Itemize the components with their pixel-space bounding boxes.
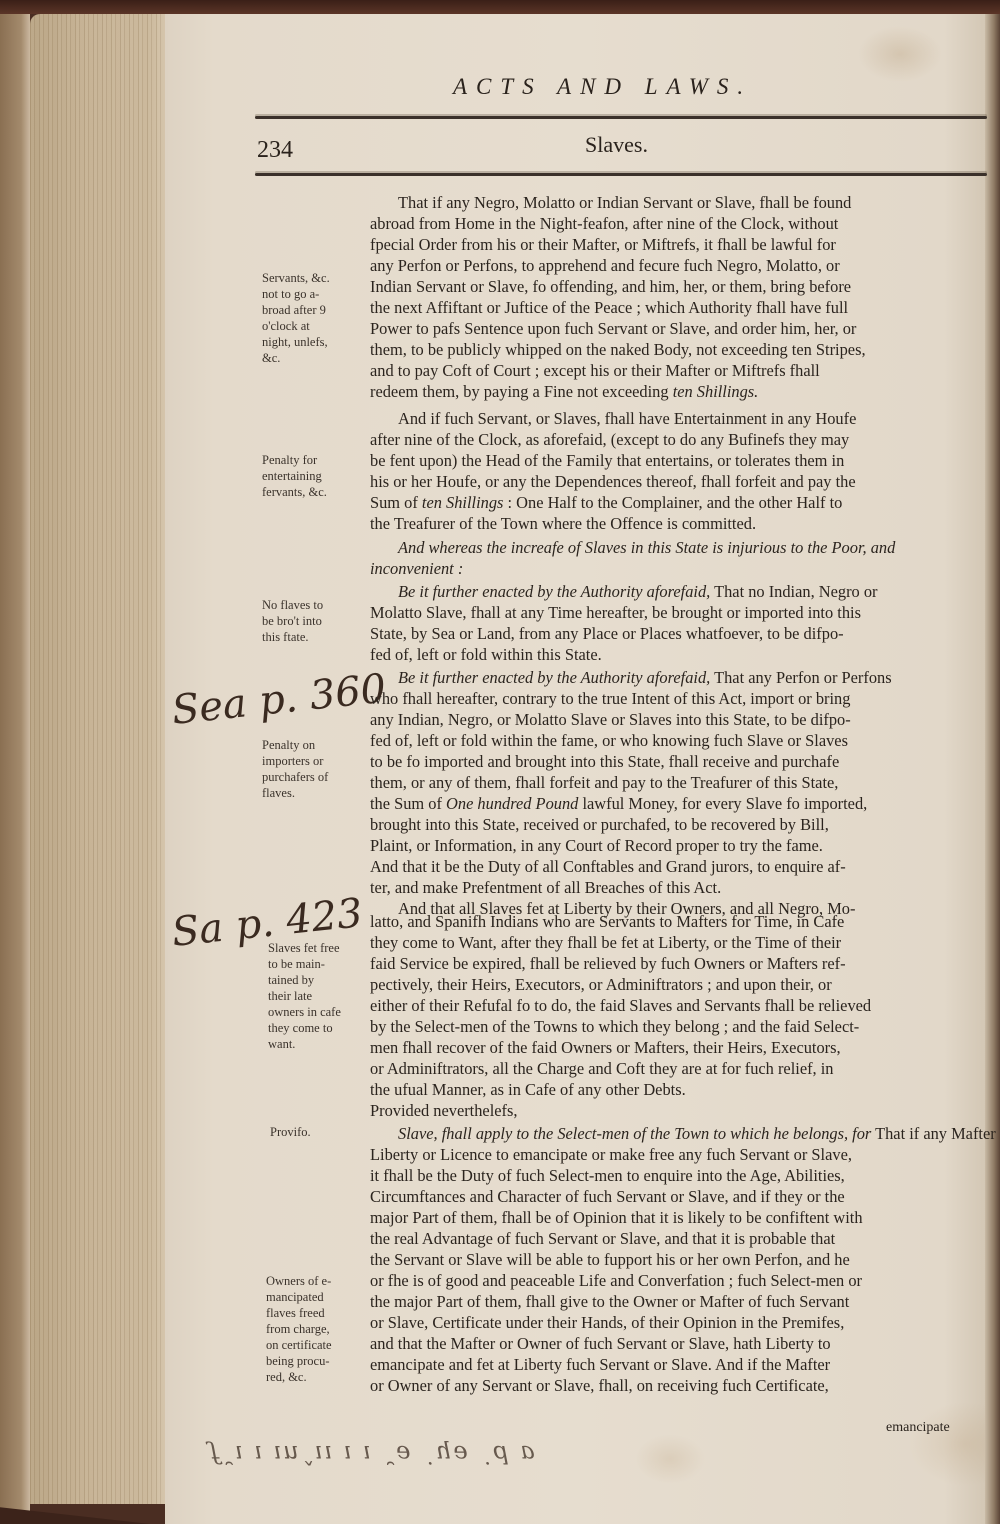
body-line: Slave, fhall apply to the Select-men of … bbox=[398, 1124, 1000, 1143]
margin-note-line: night, unlefs, bbox=[262, 334, 372, 350]
body-line-text: men fhall recover of the faid Owners or … bbox=[370, 1038, 841, 1057]
body-line-text: either of their Refufal fo to do, the fa… bbox=[370, 996, 871, 1015]
body-line-text: fed of, left or fold within the fame, or… bbox=[370, 731, 848, 750]
body-line-text: be fent upon) the Head of the Family tha… bbox=[370, 451, 844, 470]
body-line-text: his or her Houfe, or any the Dependences… bbox=[370, 472, 856, 491]
body-line-text: redeem them, by paying a Fine not exceed… bbox=[370, 382, 673, 401]
margin-note-line: on certificate bbox=[266, 1337, 376, 1353]
body-line-text: who fhall hereafter, contrary to the tru… bbox=[370, 689, 850, 708]
body-line-text: or fhe is of good and peaceable Life and… bbox=[370, 1271, 862, 1290]
margin-note-proviso: Provifo. bbox=[270, 1124, 380, 1140]
body-line: And if fuch Servant, or Slaves, fhall ha… bbox=[398, 409, 856, 428]
margin-note-line: Owners of e- bbox=[266, 1273, 376, 1289]
body-line: any Perfon or Perfons, to apprehend and … bbox=[370, 256, 840, 275]
margin-note-line: purchafers of bbox=[262, 769, 372, 785]
margin-note-line: flaves. bbox=[262, 785, 372, 801]
body-line-text: inconvenient : bbox=[370, 559, 463, 578]
italic-phrase: ten Shillings bbox=[422, 493, 504, 512]
margin-note-line: &c. bbox=[262, 350, 372, 366]
body-line-text: by the Select-men of the Towns to which … bbox=[370, 1017, 859, 1036]
body-line-text: abroad from Home in the Night-feafon, af… bbox=[370, 214, 838, 233]
body-line: inconvenient : bbox=[370, 559, 463, 578]
body-line-text: any Indian, Negro, or Molatto Slave or S… bbox=[370, 710, 851, 729]
body-line: faid Service be expired, fhall be reliev… bbox=[370, 954, 846, 973]
body-line: Be it further enacted by the Authority a… bbox=[398, 582, 878, 601]
body-line-text: any Perfon or Perfons, to apprehend and … bbox=[370, 256, 840, 275]
body-line-text: Be it further enacted by the Authority a… bbox=[398, 582, 710, 601]
margin-note-line: tained by bbox=[268, 972, 378, 988]
margin-note-line: be bro't into bbox=[262, 613, 372, 629]
margin-note-line: Penalty for bbox=[262, 452, 372, 468]
body-line: State, by Sea or Land, from any Place or… bbox=[370, 624, 844, 643]
body-line: Sum of ten Shillings : One Half to the C… bbox=[370, 493, 842, 512]
body-line: And that it be the Duty of all Conftable… bbox=[370, 857, 846, 876]
margin-note-servants-curfew: Servants, &c. not to go a- broad after 9… bbox=[262, 270, 372, 366]
italic-phrase: One hundred Pound bbox=[446, 794, 578, 813]
body-line: the Treafurer of the Town where the Offe… bbox=[370, 514, 756, 533]
body-line-text: the real Advantage of fuch Servant or Sl… bbox=[370, 1229, 835, 1248]
body-line-text: And if fuch Servant, or Slaves, fhall ha… bbox=[398, 409, 856, 428]
body-line: the ufual Manner, as in Cafe of any othe… bbox=[370, 1080, 686, 1099]
body-line-text: That if any Negro, Molatto or Indian Ser… bbox=[398, 193, 851, 212]
body-line: and to pay Coft of Court ; except his or… bbox=[370, 361, 820, 380]
body-line: Liberty or Licence to emancipate or make… bbox=[370, 1145, 852, 1164]
page-stack-edge bbox=[30, 14, 170, 1504]
body-line: it fhall be the Duty of fuch Select-men … bbox=[370, 1166, 845, 1185]
body-line-text: State, by Sea or Land, from any Place or… bbox=[370, 624, 844, 643]
margin-note-freed-maintenance: Slaves fet free to be main- tained by th… bbox=[268, 940, 378, 1052]
body-line: the major Part of them, fhall give to th… bbox=[370, 1292, 849, 1311]
body-line-text: ter, and make Prefentment of all Breache… bbox=[370, 878, 721, 897]
body-line-text: major Part of them, fhall be of Opinion … bbox=[370, 1208, 863, 1227]
margin-note-line: No flaves to bbox=[262, 597, 372, 613]
margin-note-line: o'clock at bbox=[262, 318, 372, 334]
catchword: emancipate bbox=[886, 1420, 950, 1436]
body-line: them, to be publicly whipped on the nake… bbox=[370, 340, 866, 359]
margin-note-line: from charge, bbox=[266, 1321, 376, 1337]
body-line-text: the Sum of bbox=[370, 794, 446, 813]
body-line-text: the ufual Manner, as in Cafe of any othe… bbox=[370, 1080, 686, 1099]
body-line-text: and that the Mafter or Owner of fuch Ser… bbox=[370, 1334, 831, 1353]
body-line-text: after nine of the Clock, as aforefaid, (… bbox=[370, 430, 849, 449]
body-line: fed of, left or fold within the fame, or… bbox=[370, 731, 848, 750]
body-line-text: or Slave, Certificate under their Hands,… bbox=[370, 1313, 844, 1332]
body-line-text: the next Affiftant or Juftice of the Pea… bbox=[370, 298, 848, 317]
body-line: to be fo imported and brought into this … bbox=[370, 752, 839, 771]
body-line-text: Plaint, or Information, in any Court of … bbox=[370, 836, 823, 855]
margin-note-line: being procu- bbox=[266, 1353, 376, 1369]
body-line: fpecial Order from his or their Mafter, … bbox=[370, 235, 836, 254]
handwritten-bottom-scrawl: ƒ˘ı ı ınˆıı ı ı ˘ǝ ˙ɥǝ ˙d ɐ bbox=[210, 1440, 537, 1468]
body-line-text: the Servant or Slave will be able to fup… bbox=[370, 1250, 850, 1269]
body-line-text: fed of, left or fold within this State. bbox=[370, 645, 602, 664]
body-line: latto, and Spanifh Indians who are Serva… bbox=[370, 912, 844, 931]
body-line: emancipate and fet at Liberty fuch Serva… bbox=[370, 1355, 830, 1374]
margin-note-line: want. bbox=[268, 1036, 378, 1052]
body-line: the Sum of One hundred Pound lawful Mone… bbox=[370, 794, 867, 813]
body-line-text: Provided neverthelefs, bbox=[370, 1101, 517, 1120]
body-line-text: the Treafurer of the Town where the Offe… bbox=[370, 514, 756, 533]
body-line-text: them, or any of them, fhall forfeit and … bbox=[370, 773, 838, 792]
body-line: his or her Houfe, or any the Dependences… bbox=[370, 472, 856, 491]
margin-note-no-import: No flaves to be bro't into this ftate. bbox=[262, 597, 372, 645]
body-line-text: fpecial Order from his or their Mafter, … bbox=[370, 235, 836, 254]
running-head: ACTS AND LAWS. bbox=[453, 74, 803, 100]
body-line: And whereas the increafe of Slaves in th… bbox=[398, 538, 895, 557]
body-line-text: emancipate and fet at Liberty fuch Serva… bbox=[370, 1355, 830, 1374]
body-line: or fhe is of good and peaceable Life and… bbox=[370, 1271, 862, 1290]
body-line: major Part of them, fhall be of Opinion … bbox=[370, 1208, 863, 1227]
body-line: pectively, their Heirs, Executors, or Ad… bbox=[370, 975, 832, 994]
body-line-text: lawful Money, for every Slave fo importe… bbox=[578, 794, 867, 813]
body-line-text: That any Perfon or Perfons bbox=[710, 668, 891, 687]
body-line: Plaint, or Information, in any Court of … bbox=[370, 836, 823, 855]
body-line: who fhall hereafter, contrary to the tru… bbox=[370, 689, 850, 708]
body-line-text: And that it be the Duty of all Conftable… bbox=[370, 857, 846, 876]
body-line: any Indian, Negro, or Molatto Slave or S… bbox=[370, 710, 851, 729]
margin-note-line: flaves freed bbox=[266, 1305, 376, 1321]
margin-note-entertaining-penalty: Penalty for entertaining fervants, &c. bbox=[262, 452, 372, 500]
body-line: after nine of the Clock, as aforefaid, (… bbox=[370, 430, 849, 449]
margin-note-line: they come to bbox=[268, 1020, 378, 1036]
body-line-text: they come to Want, after they fhall be f… bbox=[370, 933, 841, 952]
body-line-text: pectively, their Heirs, Executors, or Ad… bbox=[370, 975, 832, 994]
margin-note-line: owners in cafe bbox=[268, 1004, 378, 1020]
book-cover-edge bbox=[0, 14, 30, 1524]
body-line: the next Affiftant or Juftice of the Pea… bbox=[370, 298, 848, 317]
page-gutter-right bbox=[985, 14, 1000, 1524]
body-line: Indian Servant or Slave, fo offending, a… bbox=[370, 277, 851, 296]
margin-note-line: Provifo. bbox=[270, 1124, 380, 1140]
body-line-text: Circumftances and Character of fuch Serv… bbox=[370, 1187, 845, 1206]
body-line: by the Select-men of the Towns to which … bbox=[370, 1017, 859, 1036]
body-line: Be it further enacted by the Authority a… bbox=[398, 668, 892, 687]
body-line: brought into this State, received or pur… bbox=[370, 815, 829, 834]
body-line: That if any Negro, Molatto or Indian Ser… bbox=[398, 193, 851, 212]
body-line-text: Sum of bbox=[370, 493, 422, 512]
body-line: and that the Mafter or Owner of fuch Ser… bbox=[370, 1334, 831, 1353]
margin-note-importer-penalty: Penalty on importers or purchafers of fl… bbox=[262, 737, 372, 801]
margin-note-line: red, &c. bbox=[266, 1369, 376, 1385]
header-rule-top bbox=[255, 116, 987, 119]
body-line-text: : One Half to the Complainer, and the ot… bbox=[503, 493, 842, 512]
body-line-text: or Adminiftrators, all the Charge and Co… bbox=[370, 1059, 834, 1078]
body-line-text: Power to pafs Sentence upon fuch Servant… bbox=[370, 319, 856, 338]
margin-note-line: Servants, &c. bbox=[262, 270, 372, 286]
margin-note-line: broad after 9 bbox=[262, 302, 372, 318]
book-binding-top bbox=[0, 0, 1000, 14]
body-line-text: Liberty or Licence to emancipate or make… bbox=[370, 1145, 852, 1164]
margin-note-line: not to go a- bbox=[262, 286, 372, 302]
body-line: ter, and make Prefentment of all Breache… bbox=[370, 878, 721, 897]
body-line: the Servant or Slave will be able to fup… bbox=[370, 1250, 850, 1269]
body-line: or Adminiftrators, all the Charge and Co… bbox=[370, 1059, 834, 1078]
margin-note-line: this ftate. bbox=[262, 629, 372, 645]
body-line: or Slave, Certificate under their Hands,… bbox=[370, 1313, 844, 1332]
body-line: Circumftances and Character of fuch Serv… bbox=[370, 1187, 845, 1206]
body-line: Provided neverthelefs, bbox=[370, 1101, 517, 1120]
margin-note-line: fervants, &c. bbox=[262, 484, 372, 500]
page-number: 234 bbox=[257, 137, 293, 164]
body-line-text: faid Service be expired, fhall be reliev… bbox=[370, 954, 846, 973]
body-line-text: the major Part of them, fhall give to th… bbox=[370, 1292, 849, 1311]
body-line: the real Advantage of fuch Servant or Sl… bbox=[370, 1229, 835, 1248]
body-line: either of their Refufal fo to do, the fa… bbox=[370, 996, 871, 1015]
margin-note-line: to be main- bbox=[268, 956, 378, 972]
body-line-text: or Owner of any Servant or Slave, fhall,… bbox=[370, 1376, 829, 1395]
margin-note-line: importers or bbox=[262, 753, 372, 769]
body-line: Power to pafs Sentence upon fuch Servant… bbox=[370, 319, 856, 338]
body-line-text: That no Indian, Negro or bbox=[710, 582, 877, 601]
body-line-text: Slave, fhall apply to the Select-men of … bbox=[398, 1124, 871, 1143]
margin-note-line: entertaining bbox=[262, 468, 372, 484]
body-line: Molatto Slave, fhall at any Time hereaft… bbox=[370, 603, 861, 622]
margin-note-line: mancipated bbox=[266, 1289, 376, 1305]
body-line-text: latto, and Spanifh Indians who are Serva… bbox=[370, 912, 844, 931]
body-line-text: Be it further enacted by the Authority a… bbox=[398, 668, 710, 687]
body-line: be fent upon) the Head of the Family tha… bbox=[370, 451, 844, 470]
body-line-text: it fhall be the Duty of fuch Select-men … bbox=[370, 1166, 845, 1185]
italic-phrase: ten Shillings. bbox=[673, 382, 759, 401]
body-line: abroad from Home in the Night-feafon, af… bbox=[370, 214, 838, 233]
margin-note-line: their late bbox=[268, 988, 378, 1004]
body-line: redeem them, by paying a Fine not exceed… bbox=[370, 382, 758, 401]
header-rule-bottom bbox=[255, 173, 987, 176]
body-line: men fhall recover of the faid Owners or … bbox=[370, 1038, 841, 1057]
body-line-text: and to pay Coft of Court ; except his or… bbox=[370, 361, 820, 380]
body-line-text: Molatto Slave, fhall at any Time hereaft… bbox=[370, 603, 861, 622]
body-line-text: them, to be publicly whipped on the nake… bbox=[370, 340, 866, 359]
body-line-text: And whereas the increafe of Slaves in th… bbox=[398, 538, 895, 557]
margin-note-line: Penalty on bbox=[262, 737, 372, 753]
margin-note-emancipation-certificate: Owners of e- mancipated flaves freed fro… bbox=[266, 1273, 376, 1385]
section-title: Slaves. bbox=[585, 132, 648, 158]
body-line-text: That if any Mafter or Owner of any Serva… bbox=[871, 1124, 1000, 1143]
body-line-text: Indian Servant or Slave, fo offending, a… bbox=[370, 277, 851, 296]
body-line: them, or any of them, fhall forfeit and … bbox=[370, 773, 838, 792]
body-line-text: brought into this State, received or pur… bbox=[370, 815, 829, 834]
body-line: fed of, left or fold within this State. bbox=[370, 645, 602, 664]
body-line-text: to be fo imported and brought into this … bbox=[370, 752, 839, 771]
body-line: or Owner of any Servant or Slave, fhall,… bbox=[370, 1376, 829, 1395]
body-line: they come to Want, after they fhall be f… bbox=[370, 933, 841, 952]
